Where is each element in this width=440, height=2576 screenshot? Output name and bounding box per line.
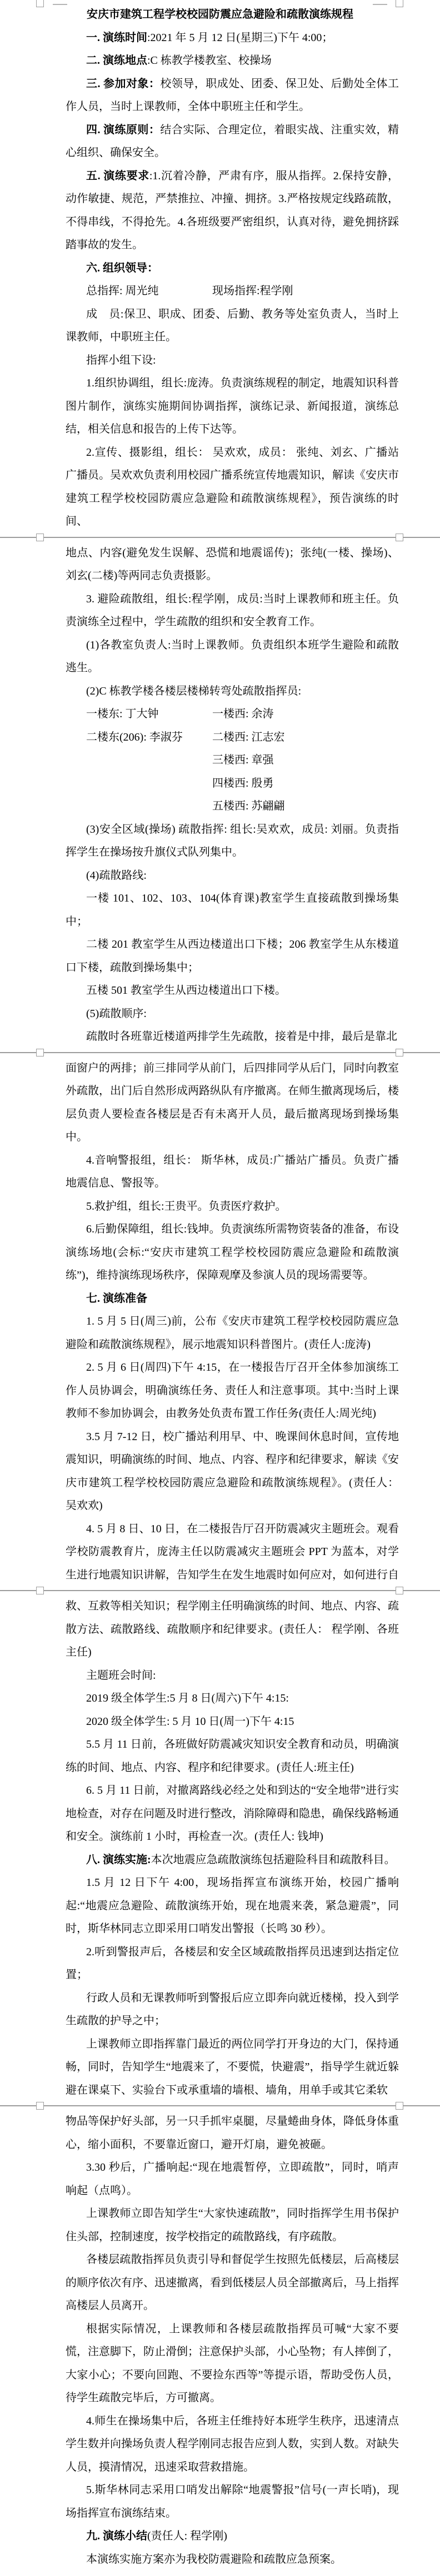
paragraph: 根据实际情况，上课教师和各楼层疏散指挥员可喊“大家不要慌，注意脚下，防止滑倒；注… bbox=[0, 2318, 440, 2410]
paragraph-text: 本次地震应急疏散演练包括避险科目和疏散科目。 bbox=[151, 1854, 396, 1866]
paragraph: (2)C 栋教学楼各楼层楼梯转弯处疏散指挥员: bbox=[0, 680, 440, 703]
paragraph-text: 疏散时各班靠近楼道两排学生先疏散，接着是中排，最后是靠北 bbox=[86, 1030, 397, 1043]
two-column-row: 一楼东: 丁大钟一楼西: 余涛 bbox=[0, 703, 440, 726]
page-corner-mark bbox=[396, 0, 403, 7]
paragraph-text: 1. 5 月 5 日(周三)前，公布《安庆市建筑工程学校校园防震应急避险和疏散演… bbox=[66, 1315, 399, 1351]
paragraph: 六. 组织领导： bbox=[0, 257, 440, 280]
paragraph-text: (5)疏散顺序: bbox=[86, 1008, 147, 1020]
paragraph: 6.后勤保障组，组长:钱坤。负责演练所需物资装备的准备，布设演练场地(会标:“安… bbox=[0, 1218, 440, 1287]
paragraph: 4. 5 月 8 日、10 日，在二楼报告厅召开防震减灾主题班会。观看学校防震教… bbox=[0, 1518, 440, 1587]
page-corner-mark bbox=[36, 534, 44, 541]
paragraph: 5.5 月 11 日前，各班做好防震减灾知识安全教育和动员，明确演练的时间、地点… bbox=[0, 1733, 440, 1779]
paragraph-text: 本演练实施方案亦为我校防震避险和疏散应急预案。 bbox=[86, 2553, 342, 2565]
paragraph: 1.5 月 12 日下午 4:00，现场指挥宣布演练开始，校园广播响起:“地震应… bbox=[0, 1871, 440, 1941]
section-heading: 一. 演练时间 bbox=[86, 32, 147, 44]
paragraph: 救、互救等相关知识；程学刚主任明确演练的时间、地点、内容、疏散方法、疏散路线、疏… bbox=[0, 1595, 440, 1664]
column-right-text: 五楼西: 苏翩翩 bbox=[212, 795, 285, 818]
page-corner-mark bbox=[36, 1587, 44, 1594]
paragraph: 各楼层疏散指挥员负责引导和督促学生按照先低楼层，后高楼层的顺序依次有序、迅速撤离… bbox=[0, 2248, 440, 2318]
page-corner-mark bbox=[396, 1587, 403, 1594]
paragraph: 二. 演练地点:C 栋教学楼教室、校操场 bbox=[0, 49, 440, 73]
paragraph-text: 3.5 月 7-12 日，校广播站利用早、中、晚课间休息时间，宣传地震知识，明确… bbox=[66, 1431, 399, 1512]
column-left-text: 二楼东(206): 李淑芬 bbox=[66, 726, 212, 749]
paragraph-text: 6.后勤保障组，组长:钱坤。负责演练所需物资装备的准备，布设演练场地(会标:“安… bbox=[66, 1223, 399, 1281]
paragraph: 2.听到警报声后，各楼层和安全区域疏散指挥员迅速到达指定位置； bbox=[0, 1941, 440, 1987]
page-corner-mark bbox=[396, 534, 403, 541]
two-column-row: 总指挥: 周光纯现场指挥:程学刚 bbox=[0, 280, 440, 303]
section-heading: 二. 演练地点 bbox=[86, 54, 147, 67]
section-heading: 六. 组织领导： bbox=[86, 262, 158, 274]
paragraph-text: 物品等保护好头部，另一只手抓牢桌腿，尽量蜷曲身体，降低身体重心，缩小面积，不要靠… bbox=[66, 2115, 399, 2151]
two-column-row: 五楼西: 苏翩翩 bbox=[0, 795, 440, 818]
paragraph: 5.斯华林同志采用口哨发出解除“地震警报”信号(一声长哨)，现场指挥宣布演练结束… bbox=[0, 2479, 440, 2525]
paragraph-text: 3.30 秒后，广播响起:“现在地震暂停，立即疏散”，同时，哨声响起（点鸣）。 bbox=[66, 2161, 399, 2197]
paragraph: 2019 级全体学生:5 月 8 日(周六)下午 4:15: bbox=[0, 1687, 440, 1710]
paragraph-text: 根据实际情况，上课教师和各楼层疏散指挥员可喊“大家不要慌，注意脚下，防止滑倒；注… bbox=[66, 2323, 399, 2404]
section-heading: 四. 演练原则： bbox=[86, 124, 160, 136]
paragraph: 2. 5 月 6 日(周四)下午 4:15，在一楼报告厅召开全体参加演练工作人员… bbox=[0, 1356, 440, 1426]
paragraph: 七. 演练准备 bbox=[0, 1287, 440, 1311]
paragraph-text: 安庆市建筑工程学校校园防震应急避险和疏散演练规程 bbox=[87, 8, 353, 21]
paragraph: 物品等保护好头部，另一只手抓牢桌腿，尽量蜷曲身体，降低身体重心，缩小面积，不要靠… bbox=[0, 2110, 440, 2156]
paragraph: 面窗户的两排；前三排同学从前门，后四排同学从后门，同时向教室外疏散，出门后自然形… bbox=[0, 1057, 440, 1149]
paragraph: 上课教师立即告知学生“大家快速疏散”，同时指挥学生用书保护住头部，控制速度，按学… bbox=[0, 2202, 440, 2248]
paragraph: 四. 演练原则：结合实际、合理定位，着眼实战、注重实效，精心组织、确保安全。 bbox=[0, 119, 440, 165]
paragraph: (3)安全区域(操场) 疏散指挥: 组长:吴欢欢，成员: 刘丽。负责指挥学生在操… bbox=[0, 818, 440, 864]
paragraph-text: 3. 避险疏散组，组长:程学刚，成员:当时上课教师和班主任。负责演练全过程中，学… bbox=[66, 593, 399, 628]
section-heading: 九. 演练小结 bbox=[86, 2530, 147, 2542]
text-boundary-mark bbox=[373, 4, 387, 5]
paragraph-text: 地点、内容(避免发生误解、恐慌和地震谣传)；张纯(一楼、操场)、刘玄(二楼)等两… bbox=[66, 547, 399, 582]
paragraph-text: (责任人: 程学刚) bbox=[147, 2530, 227, 2542]
paragraph: 5.救护组，组长:王贵平。负责医疗救护。 bbox=[0, 1195, 440, 1219]
paragraph: 指挥小组下设: bbox=[0, 349, 440, 373]
column-left-text bbox=[66, 749, 212, 772]
two-column-row: 三楼西: 章强 bbox=[0, 749, 440, 772]
paragraph-text: 4. 5 月 8 日、10 日，在二楼报告厅召开防震减灾主题班会。观看学校防震教… bbox=[66, 1523, 399, 1581]
page-break-line bbox=[0, 2105, 440, 2106]
paragraph-text: (3)安全区域(操场) 疏散指挥: 组长:吴欢欢，成员: 刘丽。负责指挥学生在操… bbox=[66, 823, 399, 859]
section-heading: 五. 演练要求 bbox=[86, 170, 149, 182]
text-boundary-mark bbox=[53, 4, 67, 5]
paragraph: 1.组织协调组，组长:庞涛。负责演练规程的制定，地震知识科普图片制作，演练实施期… bbox=[0, 372, 440, 441]
paragraph: 1. 5 月 5 日(周三)前，公布《安庆市建筑工程学校校园防震应急避险和疏散演… bbox=[0, 1310, 440, 1356]
section-heading: 七. 演练准备 bbox=[86, 1292, 147, 1305]
paragraph: 五. 演练要求:1.沉着冷静，严肃有序，服从指挥。2.保持安静，动作敏捷、规范，… bbox=[0, 165, 440, 257]
word-document-page-view: 安庆市建筑工程学校校园防震应急避险和疏散演练规程一. 演练时间:2021 年 5… bbox=[0, 0, 440, 2576]
column-right-text: 一楼西: 余涛 bbox=[212, 703, 274, 726]
paragraph-text: 主题班会时间: bbox=[86, 1669, 156, 1682]
paragraph: 地点、内容(避免发生误解、恐慌和地震谣传)；张纯(一楼、操场)、刘玄(二楼)等两… bbox=[0, 542, 440, 588]
column-right-text: 四楼西: 殷勇 bbox=[212, 772, 274, 796]
paragraph-text: 行政人员和无课教师听到警报后应立即奔向就近楼梯，投入到学生疏散的护导之中； bbox=[66, 1992, 399, 2027]
paragraph-text: 5.救护组，组长:王贵平。负责医疗救护。 bbox=[86, 1200, 287, 1212]
paragraph: 成 员:保卫、职成、团委、后勤、教务等处室负责人，当时上课教师，中职班主任。 bbox=[0, 303, 440, 349]
page-separator bbox=[0, 1587, 440, 1595]
paragraph-text: 1.5 月 12 日下午 4:00，现场指挥宣布演练开始，校园广播响起:“地震应… bbox=[66, 1876, 399, 1935]
paragraph-text: 二楼 201 教室学生从西边楼道出口下楼；206 教室学生从东楼道口下楼，疏散到… bbox=[66, 938, 399, 974]
paragraph: 八. 演练实施:本次地震应急疏散演练包括避险科目和疏散科目。 bbox=[0, 1849, 440, 1872]
paragraph-text: 面窗户的两排；前三排同学从前门，后四排同学从后门，同时向教室外疏散，出门后自然形… bbox=[66, 1062, 399, 1144]
paragraph-text: :C 栋教学楼教室、校操场 bbox=[147, 54, 272, 67]
page-corner-mark bbox=[36, 0, 44, 7]
paragraph: 4.师生在操场集中后，各班主任维持好本班学生秩序，迅速清点学生数并向操场负责人程… bbox=[0, 2410, 440, 2479]
column-left-text bbox=[66, 772, 212, 796]
paragraph: 3.5 月 7-12 日，校广播站利用早、中、晚课间休息时间，宣传地震知识，明确… bbox=[0, 1426, 440, 1518]
column-right-text: 二楼西: 江志宏 bbox=[212, 726, 285, 749]
paragraph: 3. 避险疏散组，组长:程学刚，成员:当时上课教师和班主任。负责演练全过程中，学… bbox=[0, 588, 440, 634]
page-corner-mark bbox=[36, 2102, 44, 2110]
page-corner-mark bbox=[396, 2102, 403, 2110]
paragraph-text: (2)C 栋教学楼各楼层楼梯转弯处疏散指挥员: bbox=[86, 685, 301, 697]
page-separator bbox=[0, 2102, 440, 2110]
page-separator bbox=[0, 1049, 440, 1057]
column-left-text bbox=[66, 795, 212, 818]
column-right-text: 现场指挥:程学刚 bbox=[212, 280, 293, 303]
section-heading: 三. 参加对象： bbox=[86, 78, 160, 90]
paragraph-text: 1.组织协调组，组长:庞涛。负责演练规程的制定，地震知识科普图片制作，演练实施期… bbox=[66, 377, 399, 435]
paragraph: 本演练实施方案亦为我校防震避险和疏散应急预案。 bbox=[0, 2548, 440, 2572]
paragraph: 主题班会时间: bbox=[0, 1664, 440, 1688]
document-title: 安庆市建筑工程学校校园防震应急避险和疏散演练规程 bbox=[0, 3, 440, 27]
paragraph: 三. 参加对象：校领导，职成处、团委、保卫处、后勤处全体工作人员，当时上课教师，… bbox=[0, 73, 440, 119]
paragraph-text: 指挥小组下设: bbox=[86, 354, 156, 366]
paragraph-text: 2.听到警报声后，各楼层和安全区域疏散指挥员迅速到达指定位置； bbox=[66, 1946, 399, 1981]
paragraph: 二楼 201 教室学生从西边楼道出口下楼；206 教室学生从东楼道口下楼，疏散到… bbox=[0, 933, 440, 979]
two-column-row: 四楼西: 殷勇 bbox=[0, 772, 440, 796]
paragraph: (4)疏散路线: bbox=[0, 864, 440, 888]
two-column-row: 二楼东(206): 李淑芬二楼西: 江志宏 bbox=[0, 726, 440, 749]
column-right-text: 三楼西: 章强 bbox=[212, 749, 274, 772]
paragraph: (1)各教室负责人:当时上课教师。负责组织本班学生避险和疏散逃生。 bbox=[0, 634, 440, 680]
paragraph-text: 五楼 501 教室学生从西边楼道出口下楼。 bbox=[86, 984, 286, 997]
paragraph: 2.宣传、摄影组，组长： 吴欢欢，成员： 张纯、刘玄、广播站广播员。吴欢欢负责利… bbox=[0, 441, 440, 534]
paragraph-text: 成 员:保卫、职成、团委、后勤、教务等处室负责人，当时上课教师，中职班主任。 bbox=[66, 308, 399, 344]
paragraph: (5)疏散顺序: bbox=[0, 1003, 440, 1026]
paragraph: 九. 演练小结(责任人: 程学刚) bbox=[0, 2525, 440, 2548]
paragraph: 上课教师立即指挥靠门最近的两位同学打开身边的大门，保持通畅，同时，告知学生“地震… bbox=[0, 2033, 440, 2102]
paragraph-text: 4.音响警报组，组长： 斯华林，成员:广播站广播员。负责广播地震信息、警报等。 bbox=[66, 1154, 399, 1190]
paragraph-text: 各楼层疏散指挥员负责引导和督促学生按照先低楼层，后高楼层的顺序依次有序、迅速撤离… bbox=[66, 2253, 399, 2312]
page-corner-mark bbox=[396, 1049, 403, 1056]
column-left-text: 总指挥: 周光纯 bbox=[66, 280, 212, 303]
paragraph-text: 2.宣传、摄影组，组长： 吴欢欢，成员： 张纯、刘玄、广播站广播员。吴欢欢负责利… bbox=[66, 446, 399, 528]
page-corner-mark bbox=[36, 1049, 44, 1056]
page-break-line bbox=[0, 1590, 440, 1591]
paragraph-text: 救、互救等相关知识；程学刚主任明确演练的时间、地点、内容、疏散方法、疏散路线、疏… bbox=[66, 1600, 399, 1658]
paragraph-text: 4.师生在操场集中后，各班主任维持好本班学生秩序，迅速清点学生数并向操场负责人程… bbox=[66, 2415, 399, 2473]
paragraph: 一楼 101、102、103、104(体育课)教室学生直接疏散到操场集中； bbox=[0, 887, 440, 933]
paragraph: 3.30 秒后，广播响起:“现在地震暂停，立即疏散”，同时，哨声响起（点鸣）。 bbox=[0, 2156, 440, 2202]
paragraph-text: 6. 5 月 11 日前，对撤离路线必经之处和到达的“安全地带”进行实地检查，对… bbox=[66, 1784, 399, 1843]
paragraph-text: 上课教师立即告知学生“大家快速疏散”，同时指挥学生用书保护住头部，控制速度，按学… bbox=[66, 2207, 399, 2243]
column-left-text: 一楼东: 丁大钟 bbox=[66, 703, 212, 726]
paragraph-text: (4)疏散路线: bbox=[86, 869, 147, 882]
page-break-line bbox=[0, 1052, 440, 1053]
paragraph-text: (1)各教室负责人:当时上课教师。负责组织本班学生避险和疏散逃生。 bbox=[66, 639, 399, 675]
section-heading: 八. 演练实施: bbox=[86, 1854, 151, 1866]
page-break-line bbox=[0, 537, 440, 538]
paragraph: 4.音响警报组，组长： 斯华林，成员:广播站广播员。负责广播地震信息、警报等。 bbox=[0, 1149, 440, 1195]
paragraph-text: 2. 5 月 6 日(周四)下午 4:15，在一楼报告厅召开全体参加演练工作人员… bbox=[66, 1361, 399, 1420]
paragraph: 五楼 501 教室学生从西边楼道出口下楼。 bbox=[0, 979, 440, 1003]
paragraph-text: 5.斯华林同志采用口哨发出解除“地震警报”信号(一声长哨)，现场指挥宣布演练结束… bbox=[66, 2484, 399, 2519]
paragraph-text: 5.5 月 11 日前，各班做好防震减灾知识安全教育和动员，明确演练的时间、地点… bbox=[66, 1738, 399, 1774]
page-separator bbox=[0, 534, 440, 542]
paragraph: 一. 演练时间:2021 年 5 月 12 日(星期三)下午 4:00； bbox=[0, 27, 440, 50]
paragraph: 2020 级全体学生: 5 月 10 日(周一)下午 4:15 bbox=[0, 1710, 440, 1734]
paragraph: 疏散时各班靠近楼道两排学生先疏散，接着是中排，最后是靠北 bbox=[0, 1025, 440, 1049]
paragraph: 6. 5 月 11 日前，对撤离路线必经之处和到达的“安全地带”进行实地检查，对… bbox=[0, 1779, 440, 1849]
paragraph-text: 一楼 101、102、103、104(体育课)教室学生直接疏散到操场集中； bbox=[66, 892, 399, 928]
paragraph: 行政人员和无课教师听到警报后应立即奔向就近楼梯，投入到学生疏散的护导之中； bbox=[0, 1987, 440, 2033]
paragraph-text: :2021 年 5 月 12 日(星期三)下午 4:00； bbox=[147, 32, 333, 44]
paragraph-text: 2019 级全体学生:5 月 8 日(周六)下午 4:15: bbox=[86, 1692, 289, 1704]
paragraph-text: 2020 级全体学生: 5 月 10 日(周一)下午 4:15 bbox=[86, 1715, 294, 1728]
paragraph-text: 上课教师立即指挥靠门最近的两位同学打开身边的大门，保持通畅，同时，告知学生“地震… bbox=[66, 2038, 399, 2096]
